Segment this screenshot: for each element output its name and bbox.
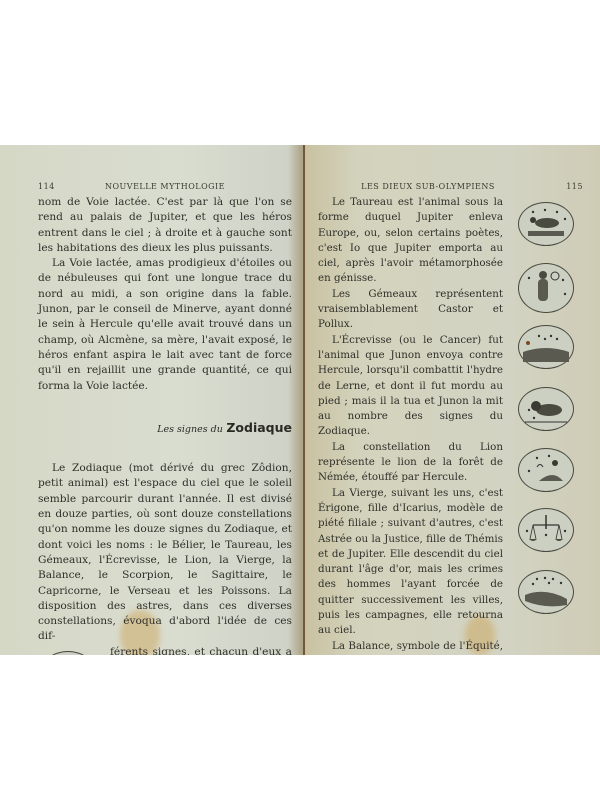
- ram-medallion-icon: [40, 651, 96, 655]
- page-number: 115: [566, 182, 583, 191]
- paragraph: férents signes, et chacun d'eux a trouvé…: [110, 645, 292, 655]
- left-page: 114 NOUVELLE MYTHOLOGIE nom de Voie lact…: [38, 145, 292, 655]
- section-heading: Les signes du Zodiaque: [38, 420, 292, 437]
- bull-medallion-icon: [518, 202, 574, 246]
- body-text: Le Taureau est l'animal sous la forme du…: [318, 195, 503, 655]
- lion-medallion-icon: [518, 387, 574, 431]
- book-photo: 114 NOUVELLE MYTHOLOGIE nom de Voie lact…: [0, 145, 600, 655]
- heading-bold: Zodiaque: [226, 420, 292, 435]
- running-head-title: LES DIEUX SUB-OLYMPIENS: [318, 182, 538, 191]
- twins-medallion-icon: [518, 263, 574, 313]
- body-text: nom de Voie lactée. C'est par là que l'o…: [38, 195, 292, 655]
- paragraph: La Balance, symbole de l'Équité, représe…: [318, 639, 503, 655]
- paragraph: La Vierge, suivant les uns, c'est Érigon…: [318, 486, 503, 639]
- scales-medallion-icon: [518, 508, 574, 552]
- paragraph: Le Taureau est l'animal sous la forme du…: [318, 195, 503, 287]
- paragraph: nom de Voie lactée. C'est par là que l'o…: [38, 195, 292, 256]
- right-page: LES DIEUX SUB-OLYMPIENS 115 Le Taureau e…: [318, 145, 583, 655]
- paragraph: La constellation du Lion représente le l…: [318, 440, 503, 486]
- paragraph: Les Gémeaux représentent vraisemblableme…: [318, 287, 503, 333]
- heading-italic: Les signes du: [157, 424, 223, 435]
- scorpion-medallion-icon: [518, 570, 574, 614]
- paragraph: L'Écrevisse (ou le Cancer) fut l'animal …: [318, 333, 503, 440]
- paragraph: La Voie lactée, amas prodigieux d'étoile…: [38, 256, 292, 394]
- virgin-medallion-icon: [518, 448, 574, 492]
- crab-medallion-icon: [518, 325, 574, 369]
- illustrated-block: férents signes, et chacun d'eux a trouvé…: [38, 645, 292, 655]
- running-head-title: NOUVELLE MYTHOLOGIE: [38, 182, 292, 191]
- paragraph: Le Zodiaque (mot dérivé du grec Zôdion, …: [38, 461, 292, 645]
- book-gutter: [303, 145, 305, 655]
